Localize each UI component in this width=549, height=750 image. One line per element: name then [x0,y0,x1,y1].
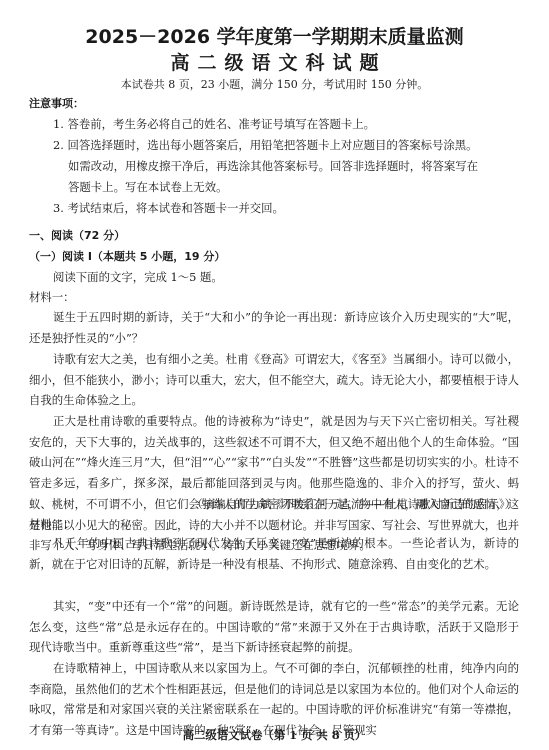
exam-page: 2025－2026 学年度第一学期期末质量监测 高二级语文科试题 本试卷共 8 … [0,0,549,750]
note-item-1: 1. 答卷前，考生务必将自己的姓名、准考证号填写在答题卡上。 [53,117,375,131]
material1-paragraph: 诞生于五四时期的新诗，关于“大和小”的争论一再出现：新诗应该介入历史现实的“大”… [29,307,519,348]
section-heading: 一、阅读（72 分） [29,229,125,243]
subsection-heading: （一）阅读 I（本题共 5 小题，19 分） [29,250,225,264]
material1-paragraph: 诗歌有宏大之美，也有细小之美。杜甫《登高》可谓宏大，《客至》当属细小。诗可以微小… [29,349,519,411]
exam-subject-title: 高二级语文科试题 [0,48,549,75]
note-item-2-cont-2: 答题卡上。写在本试卷上无效。 [68,180,227,194]
material1-label: 材料一： [29,290,75,304]
material2-paragraph: 其实，“变”中还有一个“常”的问题。新诗既然是诗，就有它的一些“常态”的美学元素… [29,596,519,658]
note-item-3: 3. 考试结束后，将本试卷和答题卡一并交回。 [53,201,284,215]
exam-title: 2025－2026 学年度第一学期期末质量监测 [0,22,549,49]
note-item-2: 2. 回答选择题时，选出每小题答案后，用铅笔把答题卡上对应题目的答案标号涂黑。 [53,138,478,152]
exam-info: 本试卷共 8 页，23 小题，满分 150 分，考试用时 150 分钟。 [0,76,549,92]
note-item-2-cont-1: 如需改动，用橡皮擦干净后，再选涂其他答案标号。回答非选择题时，将答案写在 [68,159,478,173]
page-footer: 高二级语文试卷（第 1 页 共 8 页） [0,727,549,743]
material2-paragraph: 几千年的中国古典诗歌到了现代发生了巨变，“变”是新诗的根本。一些论者认为，新诗的… [29,533,519,574]
material2-label: 材料二： [29,517,75,531]
reading-instruction: 阅读下面的文字，完成 1～5 题。 [53,270,223,284]
material1-source: （摘编自师力斌《不废江河万古流——杜甫诗歌对新诗的启示》） [191,496,516,512]
notes-heading: 注意事项： [29,97,84,111]
